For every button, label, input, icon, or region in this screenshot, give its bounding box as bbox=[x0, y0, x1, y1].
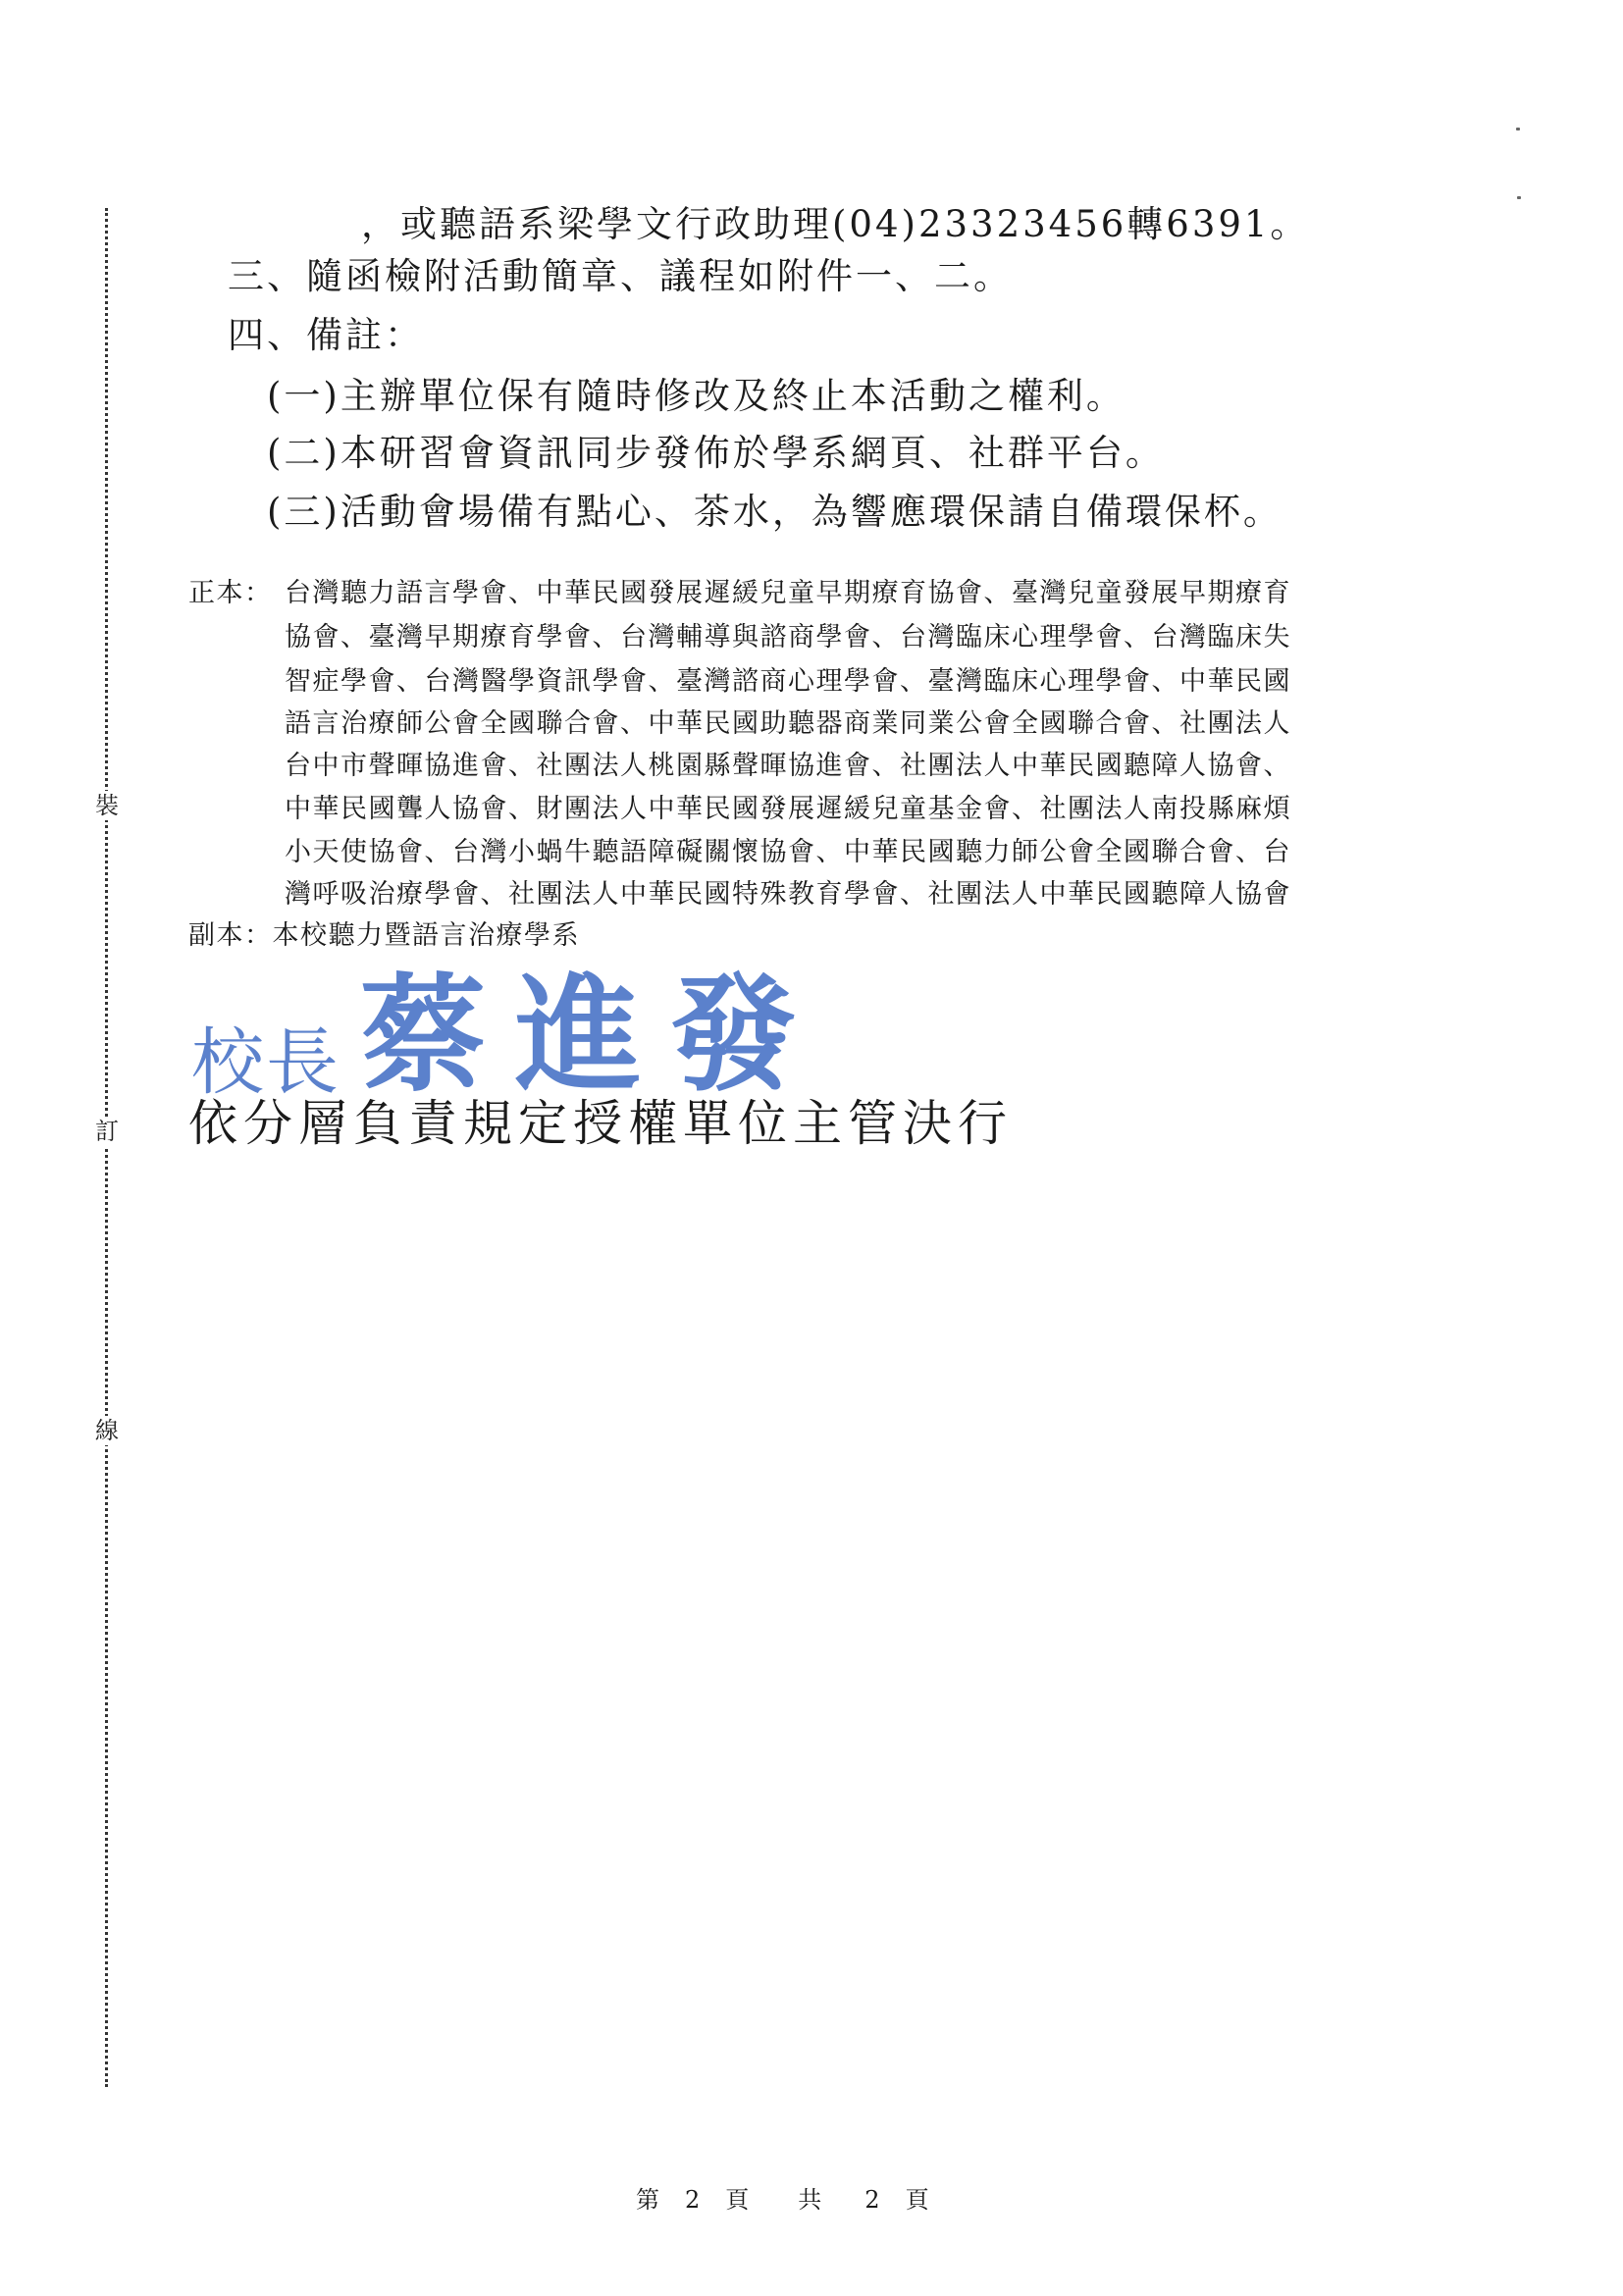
original-recipients-line: 中華民國聾人協會、財團法人中華民國發展遲緩兒童基金會、社團法人南投縣麻煩 bbox=[285, 792, 1291, 827]
scan-speck bbox=[1517, 196, 1521, 199]
original-recipients-line: 灣呼吸治療學會、社團法人中華民國特殊教育學會、社團法人中華民國聽障人協會 bbox=[285, 877, 1291, 913]
note-two-label: (二) bbox=[267, 432, 340, 474]
president-seal-stamp: 校長 蔡進發 bbox=[191, 947, 825, 1109]
contact-continuation-line: ，或聽語系梁學文行政助理(04)23323456轉6391。 bbox=[361, 203, 1309, 246]
item-four-text: 備註： bbox=[306, 314, 424, 356]
original-recipients-line: 小天使協會、台灣小蝸牛聽語障礙關懷協會、中華民國聽力師公會全國聯合會、台 bbox=[285, 835, 1291, 870]
note-three: (三)活動會場備有點心、茶水，為響應環保請自備環保杯。 bbox=[267, 491, 1283, 534]
note-one-text: 主辦單位保有隨時修改及終止本活動之權利。 bbox=[340, 375, 1126, 417]
scan-speck bbox=[1516, 128, 1520, 130]
item-four-label: 四、 bbox=[228, 314, 306, 356]
total-pages-number: 2 bbox=[864, 2186, 883, 2214]
original-recipients-line: 台中市聲暉協進會、社團法人桃園縣聲暉協進會、社團法人中華民國聽障人協會、 bbox=[285, 749, 1291, 784]
note-three-label: (三) bbox=[267, 491, 340, 533]
binding-char-ding: 訂 bbox=[92, 1117, 122, 1146]
original-recipients-label: 正本： bbox=[188, 576, 273, 611]
note-two: (二)本研習會資訊同步發佈於學系網頁、社群平台。 bbox=[267, 432, 1165, 475]
delegated-authority-statement: 依分層負責規定授權單位主管決行 bbox=[188, 1094, 1013, 1153]
note-one: (一)主辦單位保有隨時修改及終止本活動之權利。 bbox=[267, 375, 1126, 418]
page-prefix: 第 bbox=[636, 2186, 663, 2214]
note-two-text: 本研習會資訊同步發佈於學系網頁、社群平台。 bbox=[340, 432, 1165, 474]
page-footer: 第2頁共2頁 bbox=[636, 2180, 955, 2215]
item-four: 四、備註： bbox=[228, 314, 424, 357]
original-recipients-line: 台灣聽力語言學會、中華民國發展遲緩兒童早期療育協會、臺灣兒童發展早期療育 bbox=[285, 576, 1291, 611]
item-three-text: 隨函檢附活動簡章、議程如附件一、二。 bbox=[306, 255, 1013, 297]
note-three-text: 活動會場備有點心、茶水，為響應環保請自備環保杯。 bbox=[340, 491, 1283, 533]
total-unit: 頁 bbox=[906, 2186, 933, 2214]
item-three-label: 三、 bbox=[228, 255, 306, 297]
item-three: 三、隨函檢附活動簡章、議程如附件一、二。 bbox=[228, 255, 1013, 298]
page-unit: 頁 bbox=[725, 2186, 753, 2214]
original-recipients-line: 協會、臺灣早期療育學會、台灣輔導與諮商學會、台灣臨床心理學會、台灣臨床失 bbox=[285, 620, 1291, 655]
original-recipients-line: 智症學會、台灣醫學資訊學會、臺灣諮商心理學會、臺灣臨床心理學會、中華民國 bbox=[285, 664, 1291, 700]
note-one-label: (一) bbox=[267, 375, 340, 417]
binding-char-zhuang: 裝 bbox=[92, 791, 122, 820]
current-page-number: 2 bbox=[685, 2186, 704, 2214]
binding-dotted-line bbox=[105, 208, 108, 2087]
binding-char-xian: 線 bbox=[92, 1416, 122, 1445]
original-recipients-line: 語言治療師公會全國聯合會、中華民國助聽器商業同業公會全國聯合會、社團法人 bbox=[285, 706, 1291, 742]
total-prefix: 共 bbox=[798, 2186, 825, 2214]
seal-name: 蔡進發 bbox=[360, 962, 825, 1109]
